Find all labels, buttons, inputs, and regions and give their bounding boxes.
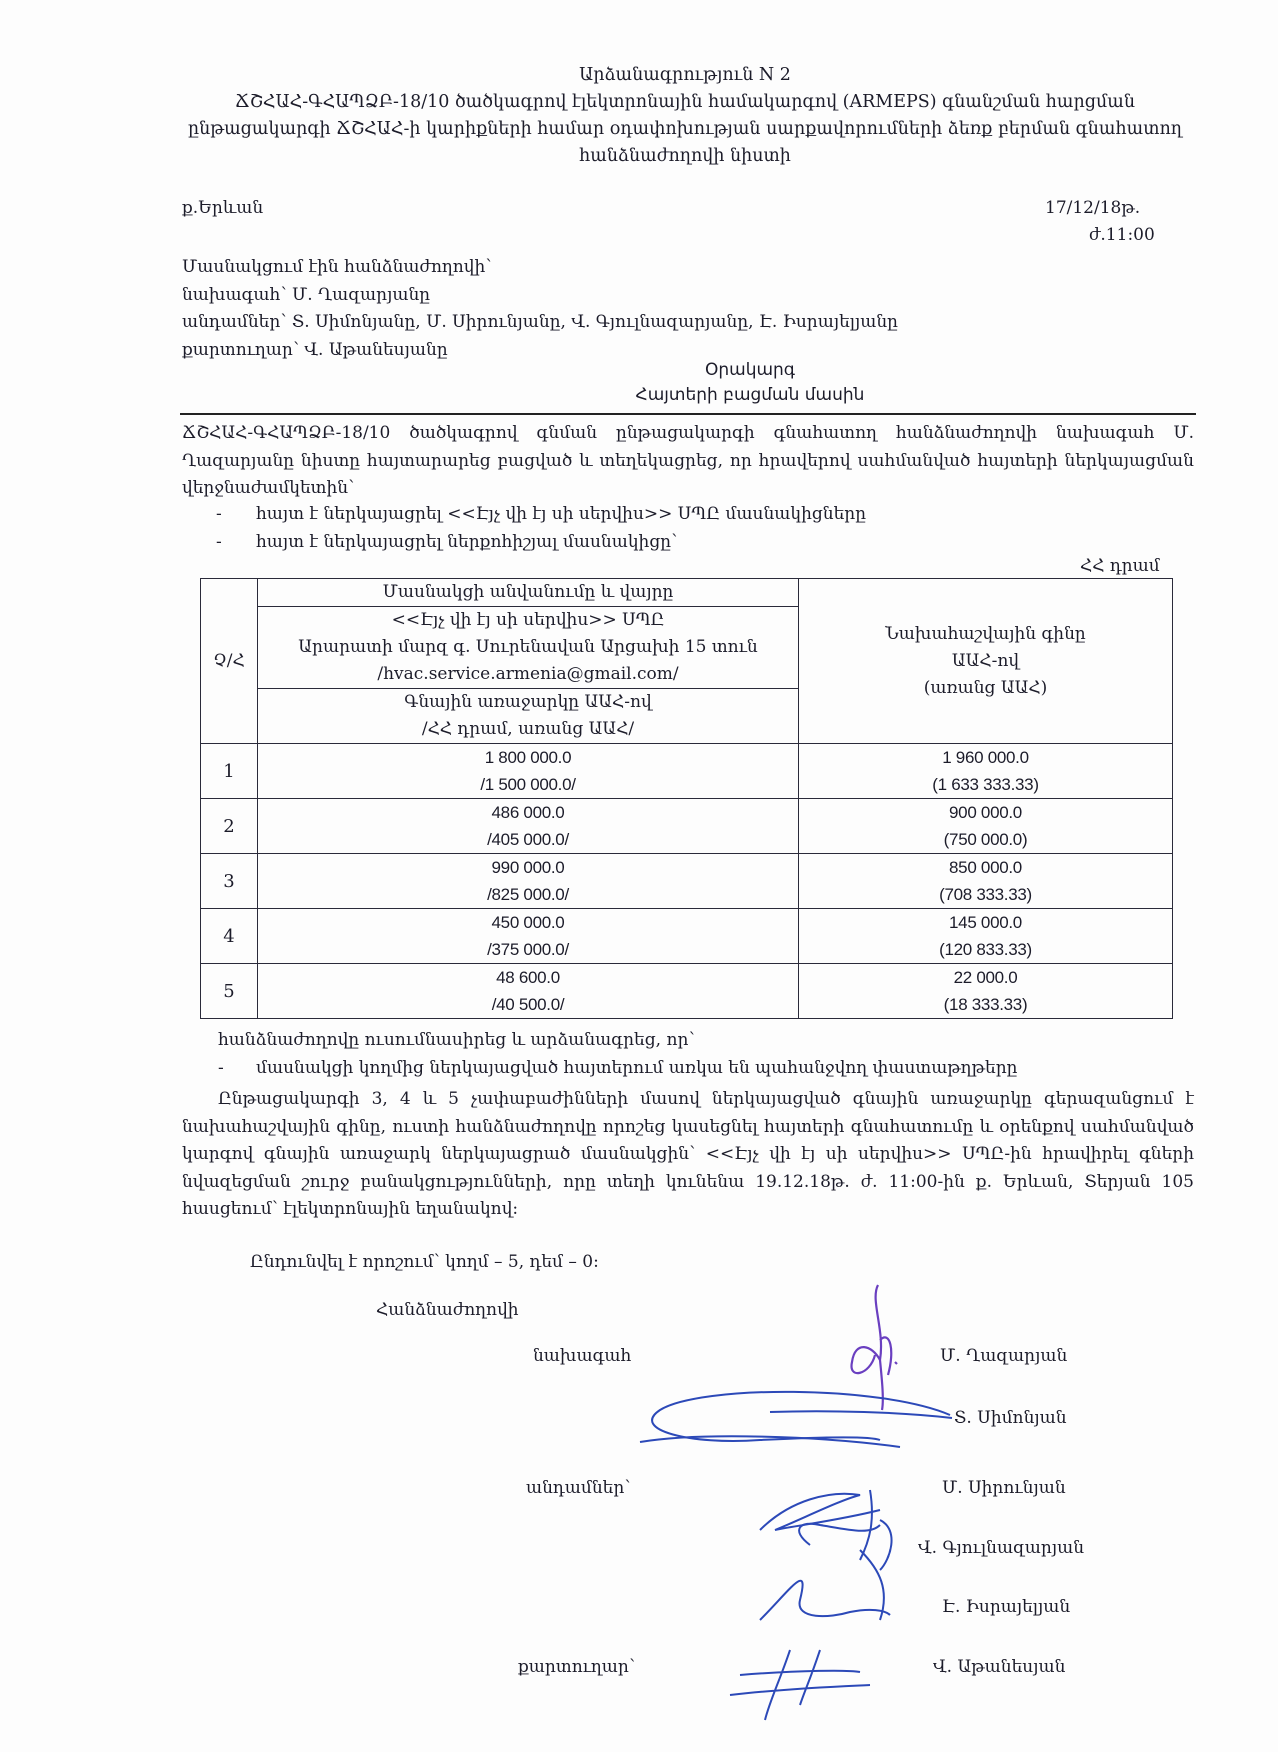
signature-chair-icon [852,1285,897,1410]
signature-members-icon [640,1392,952,1720]
handwritten-signatures [0,0,1278,1752]
